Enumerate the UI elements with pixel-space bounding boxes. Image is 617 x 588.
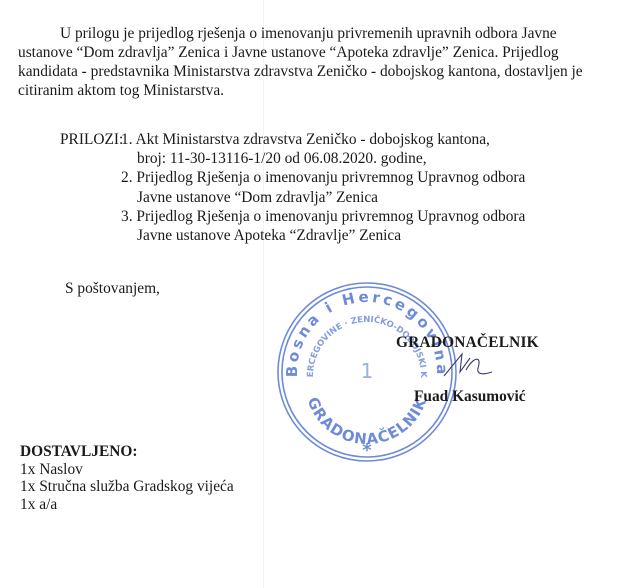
paragraph-line: citiranim aktom tog Ministarstva.	[18, 81, 617, 100]
paragraph-line: kandidata - predstavnika Ministarstva zd…	[18, 62, 617, 81]
attachment-number: 2.	[121, 169, 133, 186]
attachment-item-2: 2. Prijedlog Rješenja o imenovanju privr…	[60, 168, 525, 206]
attachment-text: Javne ustanove Apoteka “Zdravlje” Zenica	[121, 226, 525, 245]
attachment-text: Prijedlog Rješenja o imenovanju privremn…	[136, 208, 525, 225]
delivered-item: 1x a/a	[20, 496, 234, 514]
stamp-star-icon: *	[362, 440, 372, 461]
attachment-text: Prijedlog Rješenja o imenovanju privremn…	[136, 169, 525, 186]
official-stamp: Bosna i Hercegovina FEDERACIJA BOSNE I H…	[275, 278, 459, 466]
attachment-item-3: 3. Prijedlog Rješenja o imenovanju privr…	[60, 207, 525, 245]
attachments-label: PRILOZI:	[60, 130, 121, 168]
attachment-number: 1.	[121, 131, 133, 148]
attachment-text: Javne ustanove “Dom zdravlja” Zenica	[121, 188, 525, 207]
attachment-text: broj: 11-30-13116-1/20 od 06.08.2020. go…	[121, 149, 490, 168]
delivered-item: 1x Naslov	[20, 461, 234, 479]
attachment-text: Akt Ministarstva zdravstva Zeničko - dob…	[136, 131, 490, 148]
attachments-list: PRILOZI: 1. Akt Ministarstva zdravstva Z…	[60, 130, 525, 245]
attachment-number: 3.	[121, 208, 133, 225]
body-paragraph: U prilogu je prijedlog rješenja o imenov…	[18, 24, 617, 100]
paragraph-line: U prilogu je prijedlog rješenja o imenov…	[18, 24, 617, 43]
signatory-name: Fuad Kasumović	[414, 388, 526, 406]
handwritten-signature-icon	[440, 350, 500, 382]
greeting: S poštovanjem,	[65, 280, 160, 298]
paragraph-line: ustanove “Dom zdravlja” Zenica i Javne u…	[18, 43, 617, 62]
stamp-number: 1	[361, 359, 374, 383]
delivered-header: DOSTAVLJENO:	[20, 443, 234, 461]
delivered-item: 1x Stručna služba Gradskog vijeća	[20, 478, 234, 496]
attachment-item-1: PRILOZI: 1. Akt Ministarstva zdravstva Z…	[60, 130, 525, 168]
delivered-list: DOSTAVLJENO: 1x Naslov 1x Stručna služba…	[20, 443, 234, 513]
